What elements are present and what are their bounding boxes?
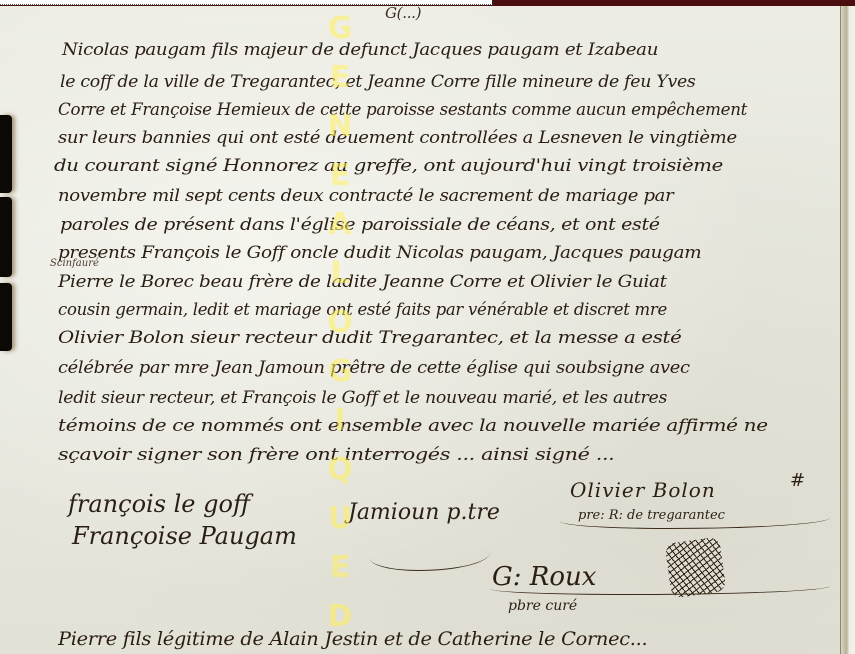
body-line-7: paroles de présent dans l'église paroiss… — [60, 215, 660, 235]
body-line-13: ledit sieur recteur, et François le Goff… — [58, 388, 667, 408]
scanned-register-page: G(...) Nicolas paugam fils majeur de def… — [0, 0, 855, 654]
body-line-12: célébrée par mre Jean Jamoun prêtre de c… — [58, 358, 690, 378]
watermark: G E N E A L O G I Q U E D — [326, 4, 354, 641]
signature-francoise-paugam: Françoise Paugam — [72, 522, 297, 550]
paraph-mark-icon: # — [790, 470, 805, 491]
body-line-6: novembre mil sept cents deux contracté l… — [58, 186, 673, 206]
header-fragment: G(...) — [385, 4, 421, 22]
watermark-letter: G — [328, 347, 353, 396]
watermark-letter: U — [328, 494, 352, 543]
page-right-edge — [840, 6, 855, 654]
body-line-14: témoins de ce nommés ont ensemble avec l… — [58, 416, 768, 436]
body-line-4: sur leurs bannies qui ont esté deuement … — [58, 128, 737, 148]
binding-mark-1 — [0, 115, 12, 193]
signature-flourish-2 — [370, 540, 490, 571]
body-line-9: Pierre le Borec beau frère de ladite Jea… — [58, 272, 667, 292]
watermark-letter: G — [328, 4, 353, 53]
body-line-10: cousin germain, ledit et mariage ont est… — [58, 300, 667, 320]
watermark-letter: O — [327, 298, 353, 347]
binding-mark-2 — [0, 197, 12, 277]
watermark-letter: E — [330, 151, 351, 200]
margin-note: Scinfauré — [50, 258, 99, 269]
watermark-letter: E — [330, 543, 351, 592]
body-line-5: du courant signé Honnorez au greffe, ont… — [54, 156, 723, 176]
watermark-letter: Q — [327, 445, 353, 494]
body-line-3: Corre et Françoise Hemieux de cette paro… — [58, 100, 747, 120]
watermark-letter: L — [330, 249, 349, 298]
signature-francois-le-goff: françois le goff — [68, 490, 250, 518]
signature-flourish-3 — [490, 580, 830, 595]
signature-flourish-1 — [560, 510, 830, 529]
watermark-letter: D — [328, 592, 353, 641]
body-line-2: le coff de la ville de Tregarantec, et J… — [60, 72, 696, 92]
signature-olivier-bolon: Olivier Bolon — [570, 478, 716, 502]
watermark-letter: A — [328, 200, 351, 249]
binding-mark-3 — [0, 283, 12, 351]
watermark-letter: N — [327, 102, 352, 151]
signature-g-roux-title: pbre curé — [508, 598, 577, 614]
body-line-8: presents François le Goff oncle dudit Ni… — [58, 243, 701, 263]
watermark-letter: I — [334, 396, 345, 445]
body-line-11: Olivier Bolon sieur recteur dudit Tregar… — [58, 328, 681, 348]
signature-jamoun: Jamioun p.tre — [348, 500, 500, 525]
body-line-1: Nicolas paugam fils majeur de defunct Ja… — [62, 40, 658, 60]
watermark-letter: E — [330, 53, 351, 102]
